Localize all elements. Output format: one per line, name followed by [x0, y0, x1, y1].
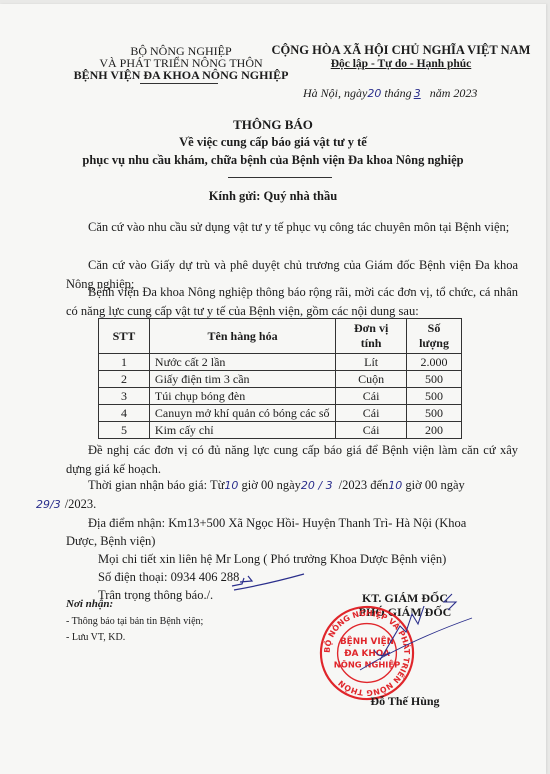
- notice-title: THÔNG BÁO: [0, 117, 546, 133]
- table-row: 1 Nước cất 2 lần Lít 2.000: [99, 354, 462, 371]
- cell-unit: Lít: [336, 354, 407, 371]
- recipients-title: Nơi nhận:: [66, 598, 113, 610]
- initial-mark-icon: [228, 570, 308, 594]
- cell-quantity: 500: [407, 405, 462, 422]
- date-day-handwritten: 20: [367, 87, 381, 100]
- cell-quantity: 2.000: [407, 354, 462, 371]
- table-row: 5 Kim cấy chỉ Cái 200: [99, 422, 462, 439]
- notice-subtitle-line1: Về việc cung cấp báo giá vật tư y tế: [0, 135, 546, 150]
- cell-quantity: 500: [407, 371, 462, 388]
- notice-subtitle-line2: phục vụ nhu cầu khám, chữa bệnh của Bệnh…: [0, 153, 546, 168]
- cell-quantity: 500: [407, 388, 462, 405]
- nation-title: CỘNG HÒA XÃ HỘI CHỦ NGHĨA VIỆT NAM: [270, 43, 532, 58]
- goods-table: STT Tên hàng hóa Đơn vịtính Sốlượng 1 Nư…: [98, 318, 462, 439]
- from-date-handwritten: 20 / 3: [301, 479, 339, 492]
- document-page: BỘ NÔNG NGHIỆP VÀ PHÁT TRIỂN NÔNG THÔN B…: [0, 4, 546, 774]
- date-prefix: Hà Nội, ngày: [303, 86, 367, 100]
- location-line1: Địa điểm nhận: Km13+500 Xã Ngọc Hồi- Huy…: [88, 516, 466, 531]
- greeting: Kính gửi: Quý nhà thầu: [0, 189, 546, 204]
- cell-stt: 3: [99, 388, 150, 405]
- header-item-name: Tên hàng hóa: [149, 319, 335, 354]
- cell-quantity: 200: [407, 422, 462, 439]
- table-row: 4 Canuyn mở khí quản có bóng các số Cái …: [99, 405, 462, 422]
- contact-line: Mọi chi tiết xin liên hệ Mr Long ( Phó t…: [98, 552, 446, 567]
- hospital-name: BỆNH VIỆN ĐA KHOA NÔNG NGHIỆP: [44, 68, 318, 82]
- cell-item-name: Túi chụp bóng đèn: [149, 388, 335, 405]
- paragraph-request: Đề nghị các đơn vị có đủ năng lực cung c…: [66, 441, 518, 479]
- cell-stt: 4: [99, 405, 150, 422]
- table-row: 3 Túi chụp bóng đèn Cái 500: [99, 388, 462, 405]
- closing-line: Trân trọng thông báo./.: [98, 588, 213, 603]
- cell-unit: Cái: [336, 405, 407, 422]
- handwritten-signature-icon: [340, 590, 480, 680]
- recipient-item: - Lưu VT, KD.: [66, 632, 125, 643]
- location-line2: Dược, Bệnh viện): [66, 534, 155, 549]
- cell-stt: 1: [99, 354, 150, 371]
- table-row: 2 Giấy điện tim 3 cần Cuộn 500: [99, 371, 462, 388]
- date-month-label: tháng: [384, 86, 411, 100]
- cell-unit: Cái: [336, 388, 407, 405]
- header-stt: STT: [99, 319, 150, 354]
- title-underline: [228, 177, 332, 178]
- hospital-underline: [140, 83, 218, 84]
- cell-unit: Cuộn: [336, 371, 407, 388]
- header-unit: Đơn vịtính: [336, 319, 407, 354]
- recipient-item: - Thông báo tại bản tin Bệnh viện;: [66, 616, 203, 627]
- cell-item-name: Kim cấy chỉ: [149, 422, 335, 439]
- cell-item-name: Nước cất 2 lần: [149, 354, 335, 371]
- receiving-time-line2: 29/3/2023.: [36, 497, 96, 512]
- cell-unit: Cái: [336, 422, 407, 439]
- cell-item-name: Giấy điện tim 3 cần: [149, 371, 335, 388]
- header-quantity: Sốlượng: [407, 319, 462, 354]
- cell-stt: 5: [99, 422, 150, 439]
- cell-item-name: Canuyn mở khí quản có bóng các số: [149, 405, 335, 422]
- paragraph-basis-need: Căn cứ vào nhu cầu sử dụng vật tư y tế p…: [66, 218, 518, 237]
- date-month-handwritten: 3: [412, 87, 427, 100]
- cell-stt: 2: [99, 371, 150, 388]
- date-year: năm 2023: [430, 86, 478, 100]
- motto: Độc lập - Tự do - Hạnh phúc: [270, 58, 532, 70]
- paragraph-invitation: Bệnh viện Đa khoa Nông nghiệp thông báo …: [66, 283, 518, 321]
- from-hour-handwritten: 10: [224, 479, 238, 492]
- to-date-handwritten: 29/3: [36, 498, 65, 511]
- receiving-time-line1: Thời gian nhận báo giá: Từ10 giờ 00 ngày…: [88, 478, 465, 493]
- table-header-row: STT Tên hàng hóa Đơn vịtính Sốlượng: [99, 319, 462, 354]
- issue-date: Hà Nội, ngày20 tháng3 năm 2023: [303, 86, 477, 101]
- signer-name: Đỗ Thế Hùng: [340, 694, 470, 709]
- to-hour-handwritten: 10: [388, 479, 402, 492]
- phone-line: Số điện thoại: 0934 406 288: [98, 570, 239, 585]
